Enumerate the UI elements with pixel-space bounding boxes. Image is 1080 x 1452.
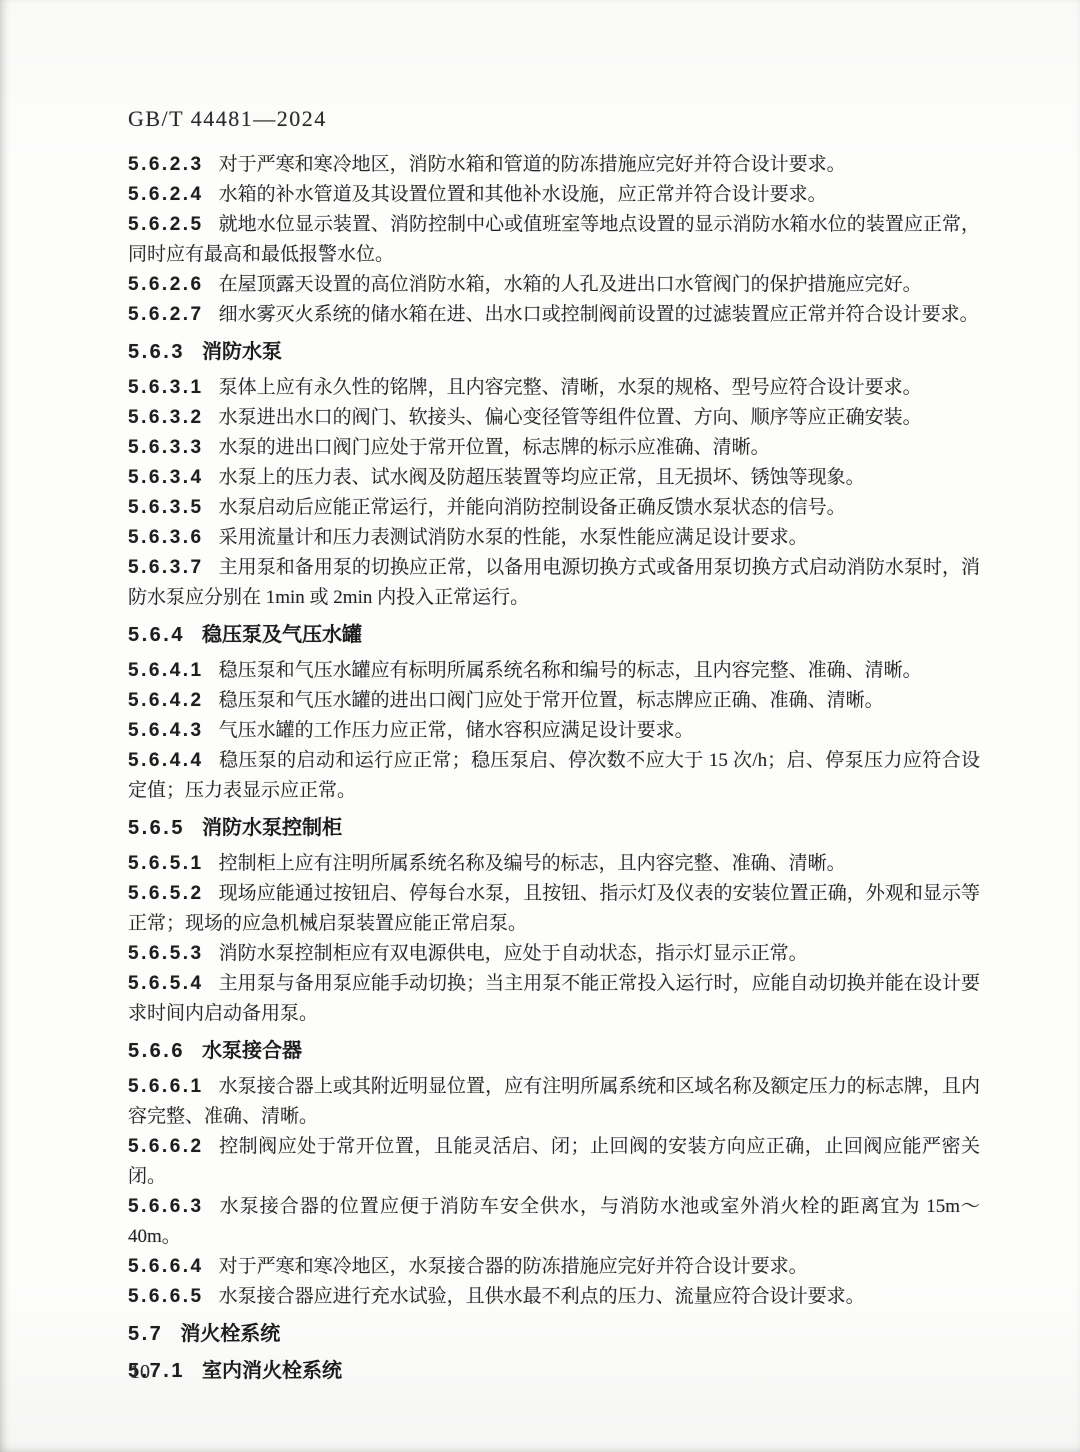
clause-text: 消防水泵控制柜应有双电源供电，应处于自动状态，指示灯显示正常。: [219, 943, 808, 964]
clause-number: 5.6.5: [128, 817, 185, 839]
clause-number: 5.6.3.7: [128, 557, 204, 578]
section-heading: 5.6.4稳压泵及气压水罐: [128, 620, 980, 650]
clause-number: 5.6.3.2: [128, 407, 204, 428]
clause-paragraph: 5.6.3.5水泵启动后应能正常运行，并能向消防控制设备正确反馈水泵状态的信号。: [128, 493, 980, 523]
clause-text: 水泵接合器的位置应便于消防车安全供水，与消防水池或室外消火栓的距离宜为 15m～…: [128, 1196, 980, 1247]
clause-paragraph: 5.6.5.3消防水泵控制柜应有双电源供电，应处于自动状态，指示灯显示正常。: [128, 939, 980, 969]
clause-number: 5.6.4.4: [128, 750, 204, 771]
document-page: GB/T 44481—2024 5.6.2.3对于严寒和寒冷地区，消防水箱和管道…: [0, 0, 1080, 1452]
clause-paragraph: 5.6.6.2控制阀应处于常开位置，且能灵活启、闭；止回阀的安装方向应正确，止回…: [128, 1132, 980, 1192]
heading-text: 室内消火栓系统: [202, 1360, 342, 1382]
clause-number: 5.6.2.7: [128, 304, 204, 325]
clause-number: 5.6.5.1: [128, 853, 204, 874]
heading-text: 消火栓系统: [180, 1323, 280, 1345]
clause-number: 5.6.4.1: [128, 660, 204, 681]
clause-number: 5.6.3.3: [128, 437, 204, 458]
clause-number: 5.7: [128, 1323, 163, 1345]
clause-paragraph: 5.6.4.4稳压泵的启动和运行应正常；稳压泵启、停次数不应大于 15 次/h；…: [128, 746, 980, 806]
clause-paragraph: 5.6.5.2现场应能通过按钮启、停每台水泵，且按钮、指示灯及仪表的安装位置正确…: [128, 879, 980, 939]
document-content: 5.6.2.3对于严寒和寒冷地区，消防水箱和管道的防冻措施应完好并符合设计要求。…: [128, 150, 980, 1392]
clause-text: 采用流量计和压力表测试消防水泵的性能，水泵性能应满足设计要求。: [219, 527, 808, 548]
clause-text: 水泵接合器应进行充水试验，且供水最不利点的压力、流量应符合设计要求。: [219, 1286, 865, 1307]
clause-text: 现场应能通过按钮启、停每台水泵，且按钮、指示灯及仪表的安装位置正确，外观和显示等…: [128, 883, 980, 934]
clause-text: 主用泵与备用泵应能手动切换；当主用泵不能正常投入运行时，应能自动切换并能在设计要…: [128, 973, 980, 1024]
clause-text: 水箱的补水管道及其设置位置和其他补水设施，应正常并符合设计要求。: [219, 184, 827, 205]
clause-number: 5.6.4: [128, 624, 185, 646]
clause-number: 5.6.6.3: [128, 1196, 204, 1217]
clause-text: 控制阀应处于常开位置，且能灵活启、闭；止回阀的安装方向应正确，止回阀应能严密关闭…: [128, 1136, 980, 1187]
heading-text: 消防水泵控制柜: [202, 817, 342, 839]
clause-number: 5.6.5.3: [128, 943, 204, 964]
clause-text: 对于严寒和寒冷地区，水泵接合器的防冻措施应完好并符合设计要求。: [219, 1256, 808, 1277]
clause-number: 5.6.6.2: [128, 1136, 204, 1157]
clause-text: 主用泵和备用泵的切换应正常，以备用电源切换方式或备用泵切换方式启动消防水泵时，消…: [128, 557, 980, 608]
section-heading: 5.6.6水泵接合器: [128, 1036, 980, 1066]
page-number: 10: [130, 1361, 150, 1384]
clause-number: 5.6.5.2: [128, 883, 204, 904]
clause-number: 5.6.3.5: [128, 497, 204, 518]
section-heading: 5.6.3消防水泵: [128, 337, 980, 367]
clause-text: 水泵启动后应能正常运行，并能向消防控制设备正确反馈水泵状态的信号。: [219, 497, 846, 518]
clause-number: 5.6.5.4: [128, 973, 204, 994]
clause-number: 5.6.3.1: [128, 377, 204, 398]
section-heading: 5.7.1室内消火栓系统: [128, 1356, 980, 1386]
clause-paragraph: 5.6.4.2稳压泵和气压水罐的进出口阀门应处于常开位置，标志牌应正确、准确、清…: [128, 686, 980, 716]
clause-text: 水泵上的压力表、试水阀及防超压装置等均应正常，且无损坏、锈蚀等现象。: [219, 467, 865, 488]
clause-paragraph: 5.6.4.1稳压泵和气压水罐应有标明所属系统名称和编号的标志，且内容完整、准确…: [128, 656, 980, 686]
heading-text: 稳压泵及气压水罐: [202, 624, 362, 646]
clause-text: 泵体上应有永久性的铭牌，且内容完整、清晰，水泵的规格、型号应符合设计要求。: [219, 377, 922, 398]
clause-text: 稳压泵的启动和运行应正常；稳压泵启、停次数不应大于 15 次/h；启、停泵压力应…: [128, 750, 980, 801]
clause-paragraph: 5.6.2.7细水雾灭火系统的储水箱在进、出水口或控制阀前设置的过滤装置应正常并…: [128, 300, 980, 330]
clause-number: 5.6.6.1: [128, 1076, 204, 1097]
standard-code-header: GB/T 44481—2024: [128, 106, 327, 132]
heading-text: 水泵接合器: [202, 1040, 302, 1062]
clause-number: 5.6.3: [128, 341, 185, 363]
clause-paragraph: 5.6.2.3对于严寒和寒冷地区，消防水箱和管道的防冻措施应完好并符合设计要求。: [128, 150, 980, 180]
clause-paragraph: 5.6.5.4主用泵与备用泵应能手动切换；当主用泵不能正常投入运行时，应能自动切…: [128, 969, 980, 1029]
clause-number: 5.6.6.4: [128, 1256, 204, 1277]
clause-paragraph: 5.6.6.5水泵接合器应进行充水试验，且供水最不利点的压力、流量应符合设计要求…: [128, 1282, 980, 1312]
clause-text: 稳压泵和气压水罐应有标明所属系统名称和编号的标志，且内容完整、准确、清晰。: [219, 660, 922, 681]
clause-paragraph: 5.6.3.7主用泵和备用泵的切换应正常，以备用电源切换方式或备用泵切换方式启动…: [128, 553, 980, 613]
clause-number: 5.6.6.5: [128, 1286, 204, 1307]
clause-text: 水泵接合器上或其附近明显位置，应有注明所属系统和区域名称及额定压力的标志牌，且内…: [128, 1076, 980, 1127]
clause-number: 5.6.2.3: [128, 154, 204, 175]
clause-number: 5.6.2.5: [128, 214, 204, 235]
clause-text: 稳压泵和气压水罐的进出口阀门应处于常开位置，标志牌应正确、准确、清晰。: [219, 690, 884, 711]
heading-text: 消防水泵: [202, 341, 282, 363]
clause-paragraph: 5.6.3.6采用流量计和压力表测试消防水泵的性能，水泵性能应满足设计要求。: [128, 523, 980, 553]
clause-paragraph: 5.6.2.6在屋顶露天设置的高位消防水箱，水箱的人孔及进出口水管阀门的保护措施…: [128, 270, 980, 300]
clause-text: 就地水位显示装置、消防控制中心或值班室等地点设置的显示消防水箱水位的装置应正常，…: [128, 214, 980, 265]
clause-paragraph: 5.6.6.4对于严寒和寒冷地区，水泵接合器的防冻措施应完好并符合设计要求。: [128, 1252, 980, 1282]
clause-number: 5.6.4.3: [128, 720, 204, 741]
clause-number: 5.6.6: [128, 1040, 185, 1062]
clause-number: 5.6.2.6: [128, 274, 204, 295]
clause-text: 气压水罐的工作压力应正常，储水容积应满足设计要求。: [219, 720, 694, 741]
clause-text: 水泵进出水口的阀门、软接头、偏心变径管等组件位置、方向、顺序等应正确安装。: [219, 407, 922, 428]
clause-number: 5.6.3.4: [128, 467, 204, 488]
clause-paragraph: 5.6.3.2水泵进出水口的阀门、软接头、偏心变径管等组件位置、方向、顺序等应正…: [128, 403, 980, 433]
clause-text: 对于严寒和寒冷地区，消防水箱和管道的防冻措施应完好并符合设计要求。: [219, 154, 846, 175]
clause-text: 在屋顶露天设置的高位消防水箱，水箱的人孔及进出口水管阀门的保护措施应完好。: [219, 274, 922, 295]
clause-number: 5.6.3.6: [128, 527, 204, 548]
clause-number: 5.6.2.4: [128, 184, 204, 205]
clause-text: 水泵的进出口阀门应处于常开位置，标志牌的标示应准确、清晰。: [219, 437, 770, 458]
clause-paragraph: 5.6.6.3水泵接合器的位置应便于消防车安全供水，与消防水池或室外消火栓的距离…: [128, 1192, 980, 1252]
clause-number: 5.6.4.2: [128, 690, 204, 711]
clause-paragraph: 5.6.3.4水泵上的压力表、试水阀及防超压装置等均应正常，且无损坏、锈蚀等现象…: [128, 463, 980, 493]
section-heading: 5.7消火栓系统: [128, 1319, 980, 1349]
clause-paragraph: 5.6.3.3水泵的进出口阀门应处于常开位置，标志牌的标示应准确、清晰。: [128, 433, 980, 463]
clause-text: 细水雾灭火系统的储水箱在进、出水口或控制阀前设置的过滤装置应正常并符合设计要求。: [219, 304, 979, 325]
clause-paragraph: 5.6.2.4水箱的补水管道及其设置位置和其他补水设施，应正常并符合设计要求。: [128, 180, 980, 210]
clause-paragraph: 5.6.3.1泵体上应有永久性的铭牌，且内容完整、清晰，水泵的规格、型号应符合设…: [128, 373, 980, 403]
clause-paragraph: 5.6.2.5就地水位显示装置、消防控制中心或值班室等地点设置的显示消防水箱水位…: [128, 210, 980, 270]
section-heading: 5.6.5消防水泵控制柜: [128, 813, 980, 843]
clause-paragraph: 5.6.5.1控制柜上应有注明所属系统名称及编号的标志，且内容完整、准确、清晰。: [128, 849, 980, 879]
clause-text: 控制柜上应有注明所属系统名称及编号的标志，且内容完整、准确、清晰。: [219, 853, 846, 874]
clause-paragraph: 5.6.6.1水泵接合器上或其附近明显位置，应有注明所属系统和区域名称及额定压力…: [128, 1072, 980, 1132]
clause-paragraph: 5.6.4.3气压水罐的工作压力应正常，储水容积应满足设计要求。: [128, 716, 980, 746]
